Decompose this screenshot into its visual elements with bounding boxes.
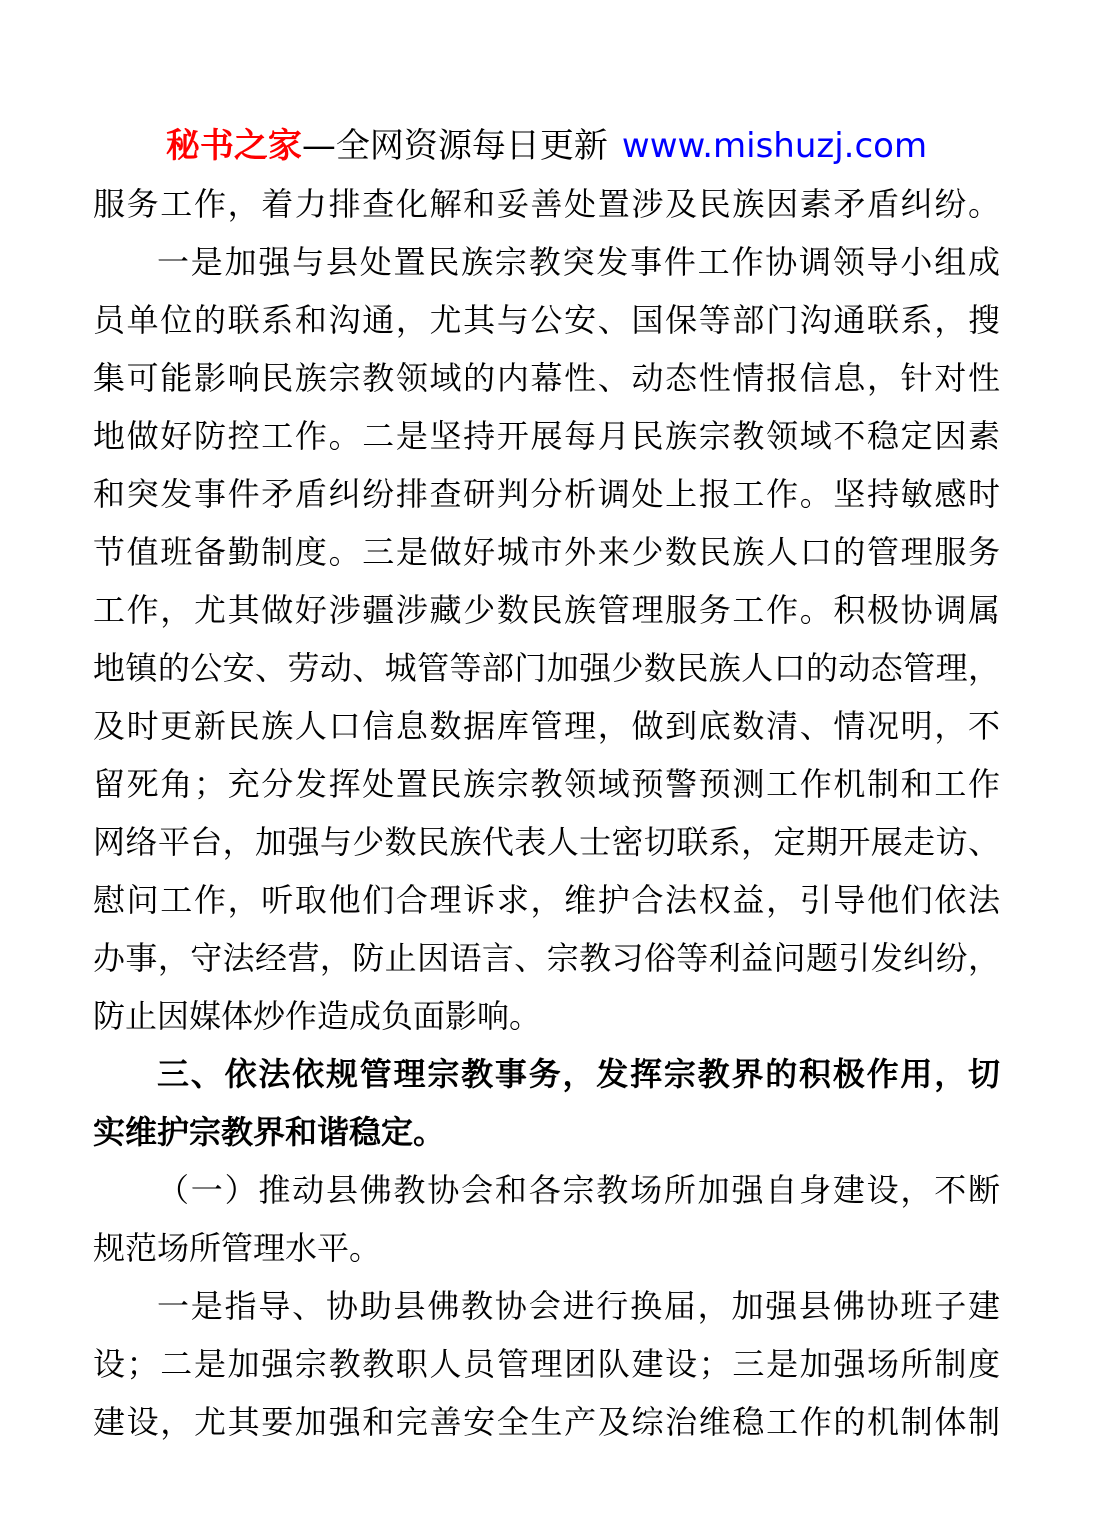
body-line: 规范场所管理水平。 xyxy=(93,1219,1000,1277)
body-line: 设；二是加强宗教教职人员管理团队建设；三是加强场所制度 xyxy=(93,1335,1000,1393)
header-tagline: 全网资源每日更新 xyxy=(336,126,608,166)
body-line: 防止因媒体炒作造成负面影响。 xyxy=(93,987,1000,1045)
body-line: 办事，守法经营，防止因语言、宗教习俗等利益问题引发纠纷， xyxy=(93,929,1000,987)
page-header: 秘书之家—全网资源每日更新www.mishuzj.com xyxy=(93,117,1000,175)
body-line: 工作，尤其做好涉疆涉藏少数民族管理服务工作。积极协调属 xyxy=(93,581,1000,639)
body-line: 员单位的联系和沟通，尤其与公安、国保等部门沟通联系，搜 xyxy=(93,291,1000,349)
body-line: （一）推动县佛教协会和各宗教场所加强自身建设，不断 xyxy=(93,1161,1000,1219)
header-separator: — xyxy=(302,126,336,166)
body-line: 服务工作，着力排查化解和妥善处置涉及民族因素矛盾纠纷。 xyxy=(93,175,1000,233)
body-line: 及时更新民族人口信息数据库管理，做到底数清、情况明，不 xyxy=(93,697,1000,755)
section-heading-line: 实维护宗教界和谐稳定。 xyxy=(93,1103,1000,1161)
site-url: www.mishuzj.com xyxy=(622,126,927,166)
body-line: 地做好防控工作。二是坚持开展每月民族宗教领域不稳定因素 xyxy=(93,407,1000,465)
body-line: 慰问工作，听取他们合理诉求，维护合法权益，引导他们依法 xyxy=(93,871,1000,929)
body-line: 节值班备勤制度。三是做好城市外来少数民族人口的管理服务 xyxy=(93,523,1000,581)
body-line: 留死角；充分发挥处置民族宗教领域预警预测工作机制和工作 xyxy=(93,755,1000,813)
document-body: 服务工作，着力排查化解和妥善处置涉及民族因素矛盾纠纷。 一是加强与县处置民族宗教… xyxy=(93,175,1000,1451)
body-line: 一是加强与县处置民族宗教突发事件工作协调领导小组成 xyxy=(93,233,1000,291)
body-line: 集可能影响民族宗教领域的内幕性、动态性情报信息，针对性 xyxy=(93,349,1000,407)
body-line: 地镇的公安、劳动、城管等部门加强少数民族人口的动态管理， xyxy=(93,639,1000,697)
section-heading-line: 三、依法依规管理宗教事务，发挥宗教界的积极作用，切 xyxy=(93,1045,1000,1103)
body-line: 一是指导、协助县佛教协会进行换届，加强县佛协班子建 xyxy=(93,1277,1000,1335)
body-line: 建设，尤其要加强和完善安全生产及综治维稳工作的机制体制 xyxy=(93,1393,1000,1451)
document-page: 秘书之家—全网资源每日更新www.mishuzj.com 服务工作，着力排查化解… xyxy=(0,0,1093,1535)
body-line: 和突发事件矛盾纠纷排查研判分析调处上报工作。坚持敏感时 xyxy=(93,465,1000,523)
body-line: 网络平台，加强与少数民族代表人士密切联系，定期开展走访、 xyxy=(93,813,1000,871)
site-brand: 秘书之家 xyxy=(166,126,302,166)
